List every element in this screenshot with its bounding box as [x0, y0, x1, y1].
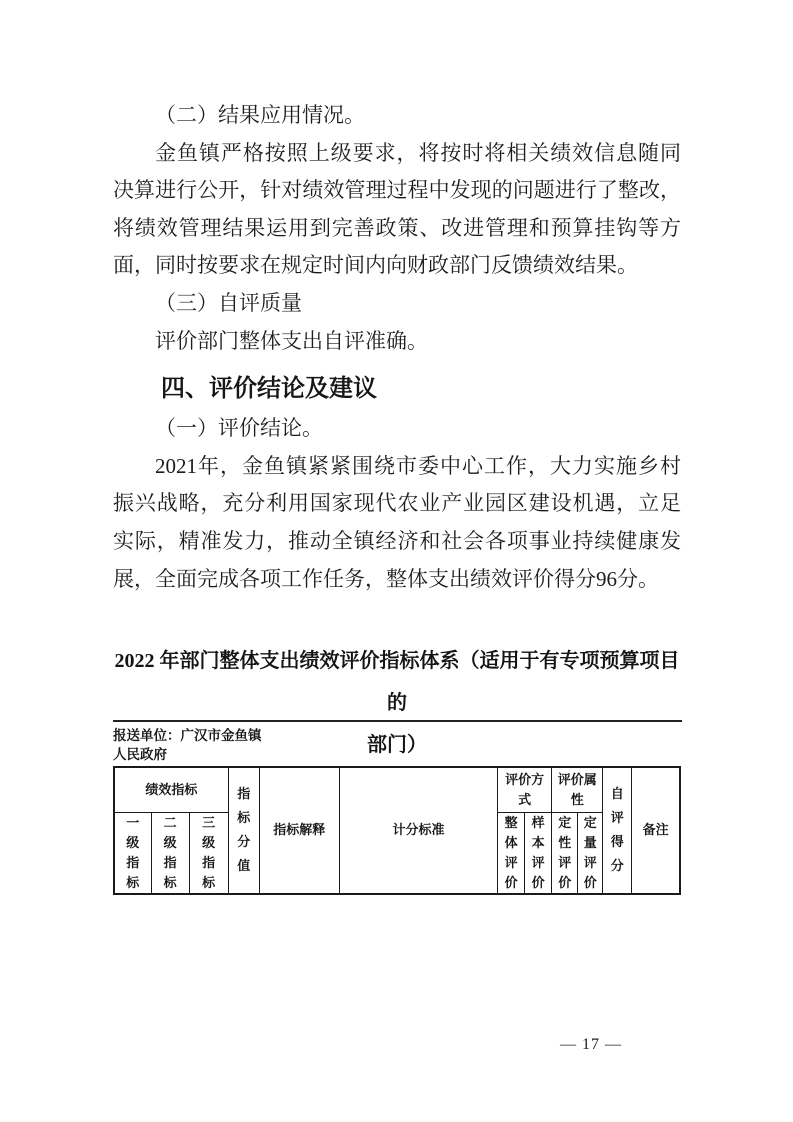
paragraph-line: 展，全面完成各项工作任务，整体支出绩效评价得分96分。 [113, 561, 681, 599]
col-header-eval-method-group: 评价方式 [498, 767, 552, 812]
report-unit: 报送单位：广汉市金鱼镇 人民政府 [113, 726, 262, 764]
paragraph-line: 评价部门整体支出自评准确。 [113, 323, 681, 361]
paragraph-line: （二）结果应用情况。 [113, 97, 681, 135]
col-header-level1-indicator: 一级指标 [114, 812, 151, 894]
col-header-sample-eval: 样本评价 [525, 812, 552, 894]
col-header-quantitative-eval: 定量评价 [578, 812, 603, 894]
section-heading: 四、评价结论及建议 [113, 368, 681, 410]
vertical-text: 三级指标 [202, 813, 216, 893]
vertical-text: 整体评价 [504, 813, 518, 893]
col-header-indicator-explain: 指标解释 [259, 767, 339, 894]
report-unit-line: 报送单位：广汉市金鱼镇 [113, 726, 262, 745]
col-header-overall-eval: 整体评价 [498, 812, 525, 894]
col-header-eval-attribute-group: 评价属性 [552, 767, 603, 812]
paragraph-line: （三）自评质量 [113, 285, 681, 323]
col-header-qualitative-eval: 定性评价 [552, 812, 578, 894]
paragraph-line: （一）评价结论。 [113, 410, 681, 448]
table-title-line: 2022 年部门整体支出绩效评价指标体系（适用于有专项预算项目的 [113, 640, 681, 724]
paragraph-line: 实际，精准发力，推动全镇经济和社会各项事业持续健康发 [113, 523, 681, 561]
col-header-self-score: 自评得分 [603, 767, 632, 894]
col-header-perf-indicator-group: 绩效指标 [114, 767, 228, 812]
vertical-text: 自评得分 [610, 782, 624, 878]
col-header-remark: 备注 [632, 767, 680, 894]
paragraph-line: 金鱼镇严格按照上级要求，将按时将相关绩效信息随同 [113, 135, 681, 173]
page-number: — 17 — [560, 1036, 710, 1054]
col-header-level2-indicator: 二级指标 [151, 812, 189, 894]
report-unit-line: 人民政府 [113, 745, 262, 764]
col-header-level3-indicator: 三级指标 [189, 812, 228, 894]
paragraph-line: 将绩效管理结果运用到完善政策、改进管理和预算挂钩等方 [113, 210, 681, 248]
vertical-text: 二级指标 [163, 813, 177, 893]
vertical-text: 定性评价 [558, 813, 572, 893]
paragraph-line: 决算进行公开，针对绩效管理过程中发现的问题进行了整改， [113, 172, 681, 210]
col-header-scoring-standard: 计分标准 [339, 767, 497, 894]
vertical-text: 一级指标 [126, 813, 140, 893]
indicator-table: 绩效指标 指标分值 指标解释 计分标准 评价方式 评价属性 自评得分 备注 一级… [113, 766, 681, 895]
col-header-indicator-score: 指标分值 [228, 767, 259, 894]
paragraph-line: 2021年，金鱼镇紧紧围绕市委中心工作，大力实施乡村 [113, 448, 681, 486]
paragraph-line: 面，同时按要求在规定时间内向财政部门反馈绩效结果。 [113, 247, 681, 285]
paragraph-line: 振兴战略，充分利用国家现代农业产业园区建设机遇，立足 [113, 485, 681, 523]
document-page: （二）结果应用情况。 金鱼镇严格按照上级要求，将按时将相关绩效信息随同 决算进行… [0, 0, 793, 1122]
vertical-text: 指标分值 [237, 782, 251, 878]
horizontal-rule [113, 720, 682, 722]
body-text-section: （二）结果应用情况。 金鱼镇严格按照上级要求，将按时将相关绩效信息随同 决算进行… [113, 97, 681, 598]
vertical-text: 样本评价 [531, 813, 545, 893]
vertical-text: 定量评价 [583, 813, 597, 893]
